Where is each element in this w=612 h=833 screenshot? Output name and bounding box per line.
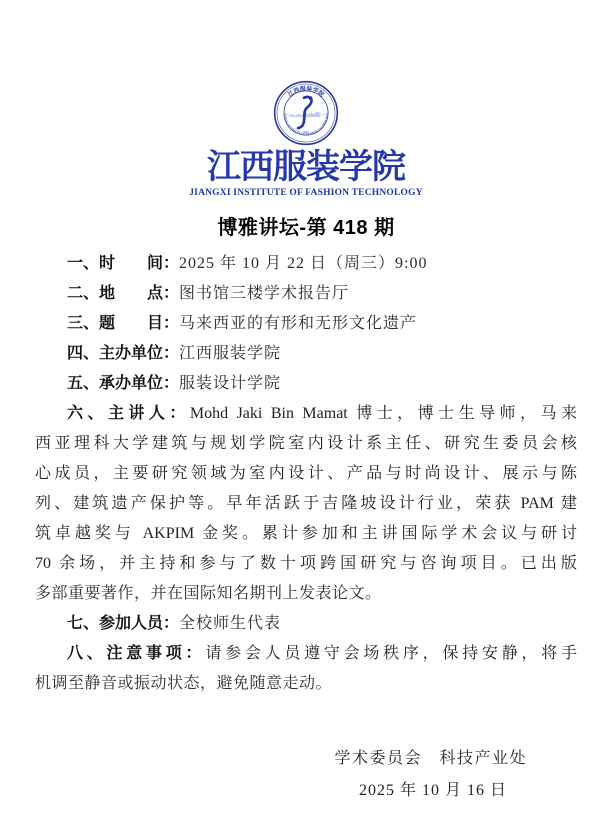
item-organizer-value: 江西服装学院 — [179, 345, 281, 362]
speaker-label: 六、主讲人： — [67, 405, 190, 422]
item-time-value: 2025 年 10 月 22 日（周三）9:00 — [179, 255, 427, 272]
speaker-paragraph-line: 心成员，主要研究领域为室内设计、产品与时尚设计、展示与陈 — [35, 459, 577, 489]
notice-title: 博雅讲坛-第 418 期 — [0, 211, 612, 240]
school-logo: 江西服装学院 JIANGXI INSTITUTE OF FASHION TECH… — [0, 0, 612, 198]
speaker-text: Mohd Jaki Bin Mamat 博士，博士生导师，马来 — [190, 405, 577, 422]
notice-body: 一、时 间：2025 年 10 月 22 日（周三）9:00 二、地 点：图书馆… — [35, 249, 577, 699]
item-topic-label: 三、题 目： — [67, 315, 179, 332]
notes-paragraph-line: 机调至静音或振动状态，避免随意走动。 — [35, 669, 577, 699]
speaker-paragraph-line: 西亚理科大学建筑与规划学院室内设计系主任、研究生委员会核 — [35, 429, 577, 459]
item-venue-label: 二、地 点： — [67, 285, 179, 302]
item-time-label: 一、时 间： — [67, 255, 179, 272]
notes-label: 八、注意事项： — [67, 645, 205, 662]
seal-cloud-dash-right — [322, 114, 327, 115]
item-undertaker-value: 服装设计学院 — [179, 375, 281, 392]
school-seal-emblem: 江西服装学院 JIANGXI INSTITUTE OF FASHION TECH… — [273, 80, 339, 146]
item-time: 一、时 间：2025 年 10 月 22 日（周三）9:00 — [35, 249, 577, 279]
footer-date: 2025 年 10 月 16 日 — [35, 775, 577, 807]
item-undertaker: 五、承办单位：服装设计学院 — [35, 369, 577, 399]
item-venue-value: 图书馆三楼学术报告厅 — [179, 285, 349, 302]
footer-issuer: 学术委员会 科技产业处 — [35, 743, 577, 775]
school-name-calligraphy: 江西服装学院 — [0, 149, 612, 187]
speaker-paragraph-line: 筑卓越奖与 AKPIM 金奖。累计参加和主讲国际学术会议与研讨 — [35, 519, 577, 549]
speaker-paragraph-line: 70 余场，并主持和参与了数十项跨国研究与咨询项目。已出版 — [35, 549, 577, 579]
speaker-paragraph-line: 多部重要著作，并在国际知名期刊上发表论文。 — [35, 579, 577, 609]
item-venue: 二、地 点：图书馆三楼学术报告厅 — [35, 279, 577, 309]
item-attendees-value: 全校师生代表 — [179, 615, 281, 632]
speaker-paragraph-line: 六、主讲人：Mohd Jaki Bin Mamat 博士，博士生导师，马来 — [35, 399, 577, 429]
item-topic-value: 马来西亚的有形和无形文化遗产 — [179, 315, 417, 332]
item-topic: 三、题 目：马来西亚的有形和无形文化遗产 — [35, 309, 577, 339]
notes-text: 请参会人员遵守会场秩序，保持安静，将手 — [205, 645, 577, 662]
school-name-english: JIANGXI INSTITUTE OF FASHION TECHNOLOGY — [0, 188, 612, 198]
item-undertaker-label: 五、承办单位： — [67, 375, 179, 392]
notes-paragraph-line: 八、注意事项：请参会人员遵守会场秩序，保持安静，将手 — [35, 639, 577, 669]
seal-year-text: 1991 — [303, 131, 309, 134]
seal-cloud-dash-left — [286, 114, 291, 115]
item-attendees-label: 七、参加人员： — [67, 615, 179, 632]
item-organizer: 四、主办单位：江西服装学院 — [35, 339, 577, 369]
notice-footer: 学术委员会 科技产业处 2025 年 10 月 16 日 — [35, 743, 577, 807]
notice-document-page: 江西服装学院 JIANGXI INSTITUTE OF FASHION TECH… — [0, 0, 612, 833]
item-attendees: 七、参加人员：全校师生代表 — [35, 609, 577, 639]
speaker-paragraph-line: 列、建筑遗产保护等。早年活跃于吉隆坡设计行业，荣获 PAM 建 — [35, 489, 577, 519]
item-organizer-label: 四、主办单位： — [67, 345, 179, 362]
